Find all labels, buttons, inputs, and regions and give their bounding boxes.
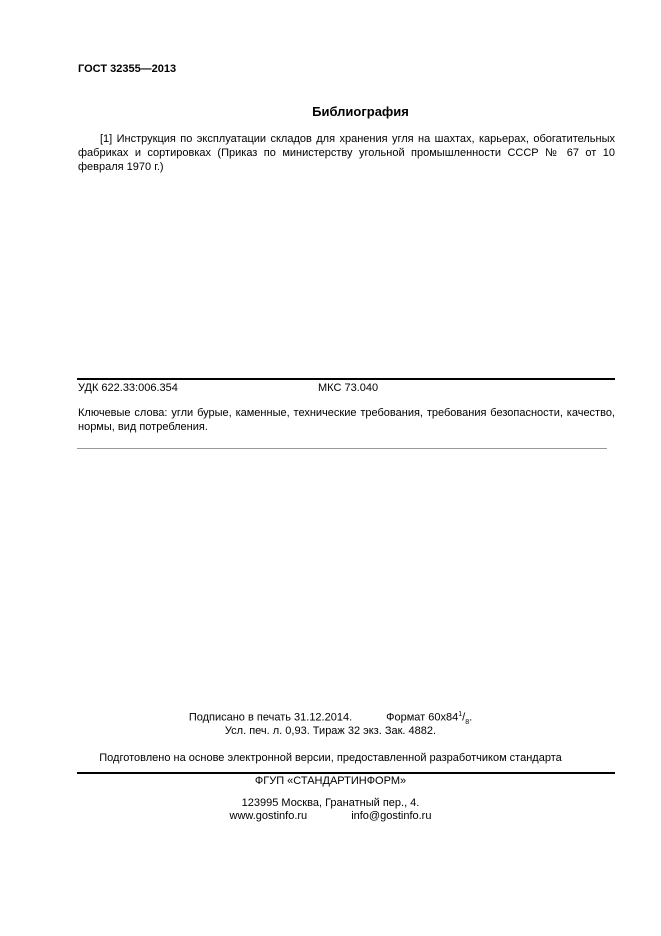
publisher-name: ФГУП «СТАНДАРТИНФОРМ» (0, 775, 661, 787)
standard-code: ГОСТ 32355—2013 (78, 63, 176, 75)
divider-top (77, 378, 615, 380)
format-suffix: . (469, 712, 472, 724)
format-numerator: 1 (458, 711, 462, 718)
website-link[interactable]: www.gostinfo.ru (230, 810, 308, 822)
signed-line: Подписано в печать 31.12.2014.Формат 60x… (0, 711, 661, 726)
format-prefix: Формат 60x84 (386, 712, 458, 724)
email-link[interactable]: info@gostinfo.ru (351, 810, 431, 822)
divider-bottom (77, 772, 615, 774)
udk-code: УДК 622.33:006.354 (78, 382, 178, 394)
bibliography-entry: [1] Инструкция по эксплуатации складов д… (78, 132, 615, 174)
mks-code: МКС 73.040 (318, 382, 378, 394)
publisher-contacts: www.gostinfo.ruinfo@gostinfo.ru (0, 810, 661, 822)
divider-keywords (77, 448, 607, 449)
publisher-address: 123995 Москва, Гранатный пер., 4. (0, 797, 661, 809)
bibliography-title: Библиография (0, 104, 661, 119)
prepared-note: Подготовлено на основе электронной верси… (0, 752, 661, 764)
keywords: Ключевые слова: угли бурые, каменные, те… (78, 406, 615, 434)
signed-date: Подписано в печать 31.12.2014. (189, 712, 352, 724)
print-info: Усл. печ. л. 0,93. Тираж 32 экз. Зак. 48… (0, 725, 661, 737)
